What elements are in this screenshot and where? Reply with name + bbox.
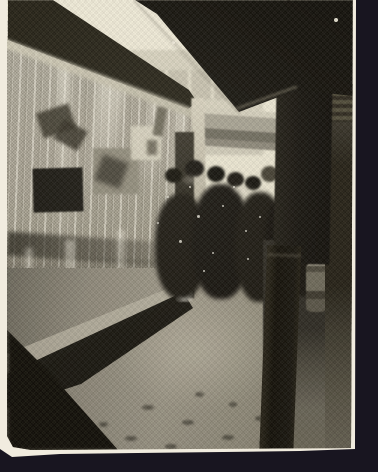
snow-speck: [167, 196, 169, 198]
support-pillar: [273, 82, 332, 265]
footprint: [165, 444, 177, 449]
passenger-head: [227, 172, 244, 187]
white-speck: [334, 18, 338, 22]
shoulder-highlight: [183, 176, 203, 184]
snow-speck: [245, 230, 247, 232]
white-speck: [172, 41, 175, 44]
snow-speck: [222, 205, 224, 207]
snow-speck: [247, 258, 249, 260]
snow-speck: [212, 252, 214, 254]
barrel: [306, 262, 327, 312]
train-window-smudge-marks: [33, 104, 91, 160]
shoulder-highlight: [233, 186, 251, 193]
snow-speck: [157, 222, 159, 224]
footprint: [142, 405, 154, 410]
snow-speck: [179, 240, 182, 243]
passenger-head: [165, 168, 182, 183]
photograph: [7, 0, 353, 451]
snow-speck: [189, 186, 191, 188]
footprint: [99, 422, 108, 427]
footprint: [195, 392, 204, 397]
footprint: [229, 402, 237, 407]
train-window-open-dark: [32, 167, 83, 212]
window-mark: [147, 140, 157, 155]
snow-speck: [197, 215, 200, 218]
footprint: [222, 435, 234, 440]
footprint: [125, 436, 137, 441]
pole-highlight: [267, 253, 301, 257]
footprint: [182, 420, 194, 425]
window-shadow: [94, 154, 128, 188]
snow-speck: [233, 186, 235, 188]
snow-speck: [259, 216, 261, 218]
passenger-head: [207, 166, 225, 182]
snow-speck: [203, 270, 205, 272]
book-page-background: { "photo": { "alt": "Black and white pho…: [0, 0, 378, 472]
passenger-head: [185, 160, 204, 177]
